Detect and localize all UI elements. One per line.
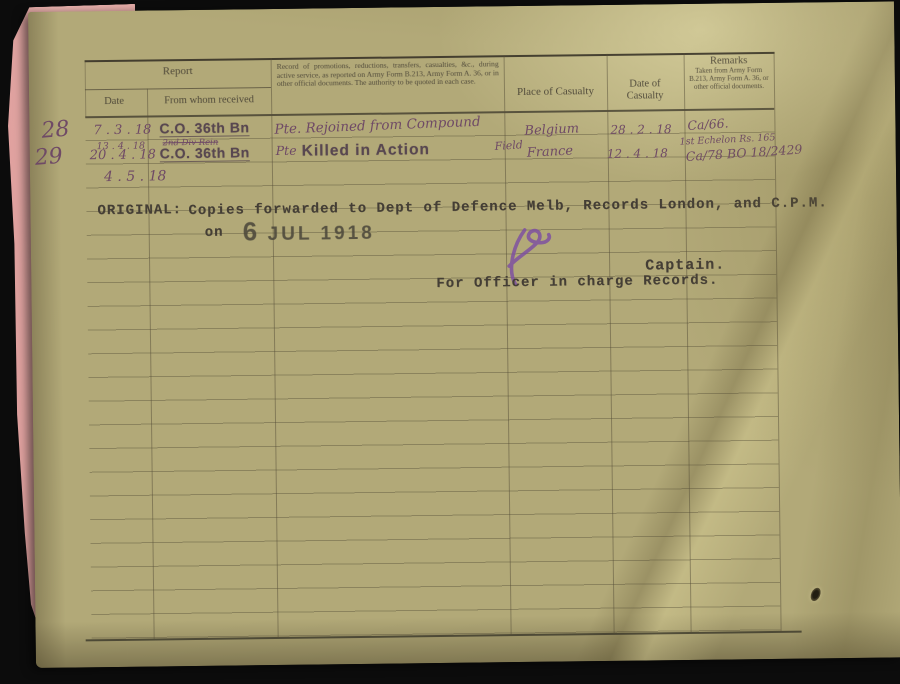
stamp-co-36bn-1: C.O. 36th Bn	[159, 119, 249, 137]
punch-hole-mark	[809, 586, 823, 602]
entry-place-2: France	[526, 144, 573, 161]
row-rule-lines	[85, 109, 780, 639]
entry-casualty-date-2: 12 . 4 . 18	[607, 146, 668, 161]
margin-number-28: 28	[40, 117, 70, 144]
header-report: Report	[85, 64, 271, 78]
scanned-document: Report Date From whom received Record of…	[0, 0, 900, 684]
header-date: Date	[79, 96, 149, 108]
received-date-stamp: 6 JUL 1918	[243, 215, 375, 248]
stamp-co-36bn-2: C.O. 36th Bn	[160, 144, 250, 162]
header-from-whom: From whom received	[147, 94, 271, 107]
stamp-month-year: JUL 1918	[268, 223, 375, 245]
entry-date-3: 4 . 5 . 18	[104, 168, 167, 185]
typed-on-label: on	[205, 225, 224, 241]
casualty-form-card: Report Date From whom received Record of…	[28, 1, 900, 668]
stamp-day: 6	[243, 216, 261, 246]
entry-date-1: 7 . 3 . 18	[93, 123, 151, 139]
header-date-of-casualty: Date of Casualty	[612, 78, 678, 102]
table-grid	[28, 1, 894, 12]
report-underline	[85, 87, 271, 90]
entry-place-1: Belgium	[524, 121, 579, 139]
entry-rank-2: Pte	[276, 143, 297, 158]
typed-original-label: ORIGINAL:	[97, 202, 182, 219]
entry-place-prefix-2: Field	[494, 138, 523, 153]
margin-number-29: 29	[34, 144, 64, 171]
header-record-note: Record of promotions, reductions, transf…	[277, 60, 499, 88]
entry-remarks-1: Ca/66.	[687, 115, 729, 133]
stamp-killed-in-action: Killed in Action	[302, 141, 430, 161]
header-remarks-note: Taken from Army Form B.213, Army Form A.…	[686, 67, 772, 91]
header-place: Place of Casualty	[504, 85, 607, 98]
entry-casualty-date-1: 28 . 2 . 18	[610, 122, 671, 137]
entry-date-2: 20 . 4 . 18	[90, 147, 156, 163]
